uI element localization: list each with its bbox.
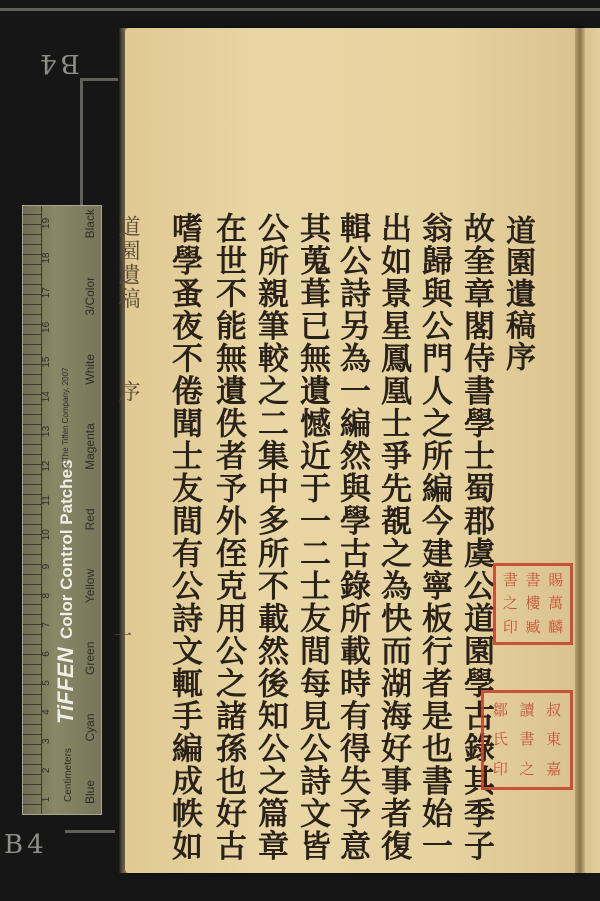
tick: 13 — [41, 426, 55, 437]
margin-page-number: 一 — [114, 622, 132, 648]
seal-char: 書 — [514, 732, 541, 747]
text-column-4: 輯公詩另為一編然與學古錄所載時有得失予意 — [332, 212, 372, 862]
patch-label-black: Black — [83, 209, 97, 238]
card-rotated-text: 1 2 3 4 5 6 7 8 9 10 11 12 13 14 15 16 1… — [23, 206, 101, 814]
text-column-3: 出如景星鳳凰士爭先覩之為快而湖海好事者復 — [373, 212, 413, 862]
patch-label-3color: 3/Color — [83, 277, 97, 316]
patch-label-red: Red — [83, 508, 97, 530]
tick: 1 — [41, 797, 55, 803]
card-unit-label: Centimeters — [63, 748, 74, 802]
seal-char: 之 — [514, 762, 541, 777]
tick: 16 — [41, 322, 55, 333]
board-grid-line-inner-left — [80, 78, 83, 208]
seal-char: 氏 — [487, 732, 514, 747]
tick: 2 — [41, 768, 55, 774]
text-column-2: 翁歸與公門人之所編今建寧板行者是也書始一 — [414, 212, 454, 862]
tick: 10 — [41, 529, 55, 540]
seal-char: 樓 — [522, 596, 545, 611]
text-column-5: 其蒐葺已無遺憾近于一二士友間每見公詩文皆 — [292, 212, 332, 862]
text-column-6: 公所親筆較之二集中多所不載然後知公之篇章 — [250, 212, 290, 862]
patch-label-magenta: Magenta — [83, 423, 97, 470]
tick: 18 — [41, 252, 55, 263]
seal-char: 印 — [499, 620, 522, 635]
seal-char: 叔 — [540, 703, 567, 718]
tick: 14 — [41, 391, 55, 402]
seal-char: 嘉 — [540, 762, 567, 777]
seal-char: 之 — [499, 596, 522, 611]
next-page-edge — [585, 28, 600, 873]
preface-heading: 道園遺稿序 — [497, 215, 537, 373]
patch-label-yellow: Yellow — [83, 569, 97, 603]
page-fold — [575, 28, 585, 873]
board-grid-line-top — [0, 8, 600, 11]
seal-char: 賜 — [544, 573, 567, 588]
tick: 15 — [41, 357, 55, 368]
seal-char: 書 — [522, 573, 545, 588]
seal-char: 鄒 — [487, 703, 514, 718]
card-patch-labels: Blue Cyan Green Yellow Red Magenta White… — [81, 209, 99, 804]
collector-seal-lower: 鄒 讀 叔 氏 書 東 印 之 嘉 — [481, 690, 573, 790]
tick: 17 — [41, 287, 55, 298]
seal-char: 臧 — [522, 620, 545, 635]
margin-section-mark: 序 — [112, 380, 143, 402]
text-column-8: 嗜學蚤夜不倦聞士友間有公詩文輒手編成帙如 — [164, 212, 204, 862]
patch-label-green: Green — [83, 642, 97, 675]
tick: 3 — [41, 738, 55, 744]
seal-char: 萬 — [544, 596, 567, 611]
tick: 19 — [41, 218, 55, 229]
card-copyright: © The Tiffen Company, 2007 — [61, 367, 70, 469]
color-control-card: 1 2 3 4 5 6 7 8 9 10 11 12 13 14 15 16 1… — [22, 205, 102, 815]
card-title: Color Control Patches — [57, 460, 77, 639]
patch-label-blue: Blue — [83, 780, 97, 804]
seal-char: 印 — [487, 762, 514, 777]
card-brand-logo: TiFFEN — [53, 647, 79, 724]
seal-char: 東 — [540, 732, 567, 747]
tick: 11 — [41, 495, 55, 505]
patch-label-white: White — [83, 354, 97, 385]
seal-char: 書 — [499, 573, 522, 588]
tick: 9 — [41, 564, 55, 570]
seal-char: 讀 — [514, 703, 541, 718]
patch-label-cyan: Cyan — [83, 713, 97, 741]
board-label-bottom: B4 — [4, 830, 48, 860]
board-grid-line-bottom — [65, 830, 115, 833]
collector-seal-upper: 書 書 賜 之 樓 萬 印 臧 麟 — [493, 563, 573, 645]
seal-char: 麟 — [544, 620, 567, 635]
tick: 8 — [41, 593, 55, 599]
margin-book-title: 道園遺稿 — [112, 215, 143, 311]
tick: 12 — [41, 461, 55, 472]
tick: 7 — [41, 622, 55, 628]
text-column-7: 在世不能無遺佚者予外侄克用公之諸孫也好古 — [208, 212, 248, 862]
board-label-top: B4 — [36, 48, 80, 78]
